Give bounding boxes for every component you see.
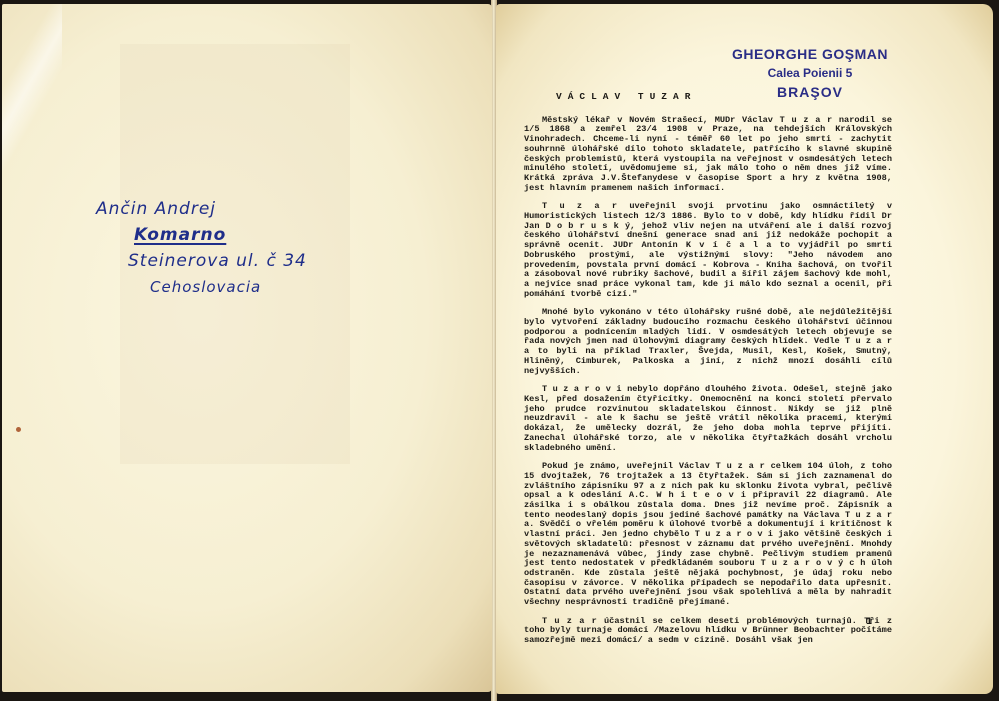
handwritten-street: Steinerova ul. č 34 — [128, 248, 376, 274]
handwritten-name: Ančin Andrej — [96, 196, 376, 222]
stamp-street: Calea Poienii 5 — [720, 64, 900, 82]
handwritten-country: Cehoslovacia — [150, 274, 376, 300]
paragraph: Městský lékař v Novém Strašecí, MUDr Vác… — [524, 116, 892, 194]
paper-stain — [16, 427, 21, 432]
paragraph: T u z a r o v i nebylo dopřáno dlouhého … — [524, 385, 892, 453]
paragraph: T u z a r uveřejnil svoji prvotinu jako … — [524, 202, 892, 299]
paragraph: Mnohé bylo vykonáno v této úlohářsky ruš… — [524, 308, 892, 376]
paragraph: T u z a r účastnil se celkem deseti prob… — [524, 617, 892, 646]
handwritten-city: Komarno — [134, 222, 376, 248]
typewritten-article: VÁCLAV TUZAR Městský lékař v Novém Straš… — [524, 92, 892, 655]
page-number: 1 — [866, 617, 872, 628]
paper-crease — [2, 4, 62, 184]
stamp-name: GHEORGHE GOŞMAN — [720, 44, 900, 64]
article-title: VÁCLAV TUZAR — [556, 92, 892, 102]
left-page — [2, 4, 492, 692]
handwritten-address: Ančin Andrej Komarno Steinerova ul. č 34… — [96, 196, 376, 300]
paragraph: Pokud je známo, uveřejnil Václav T u z a… — [524, 462, 892, 608]
